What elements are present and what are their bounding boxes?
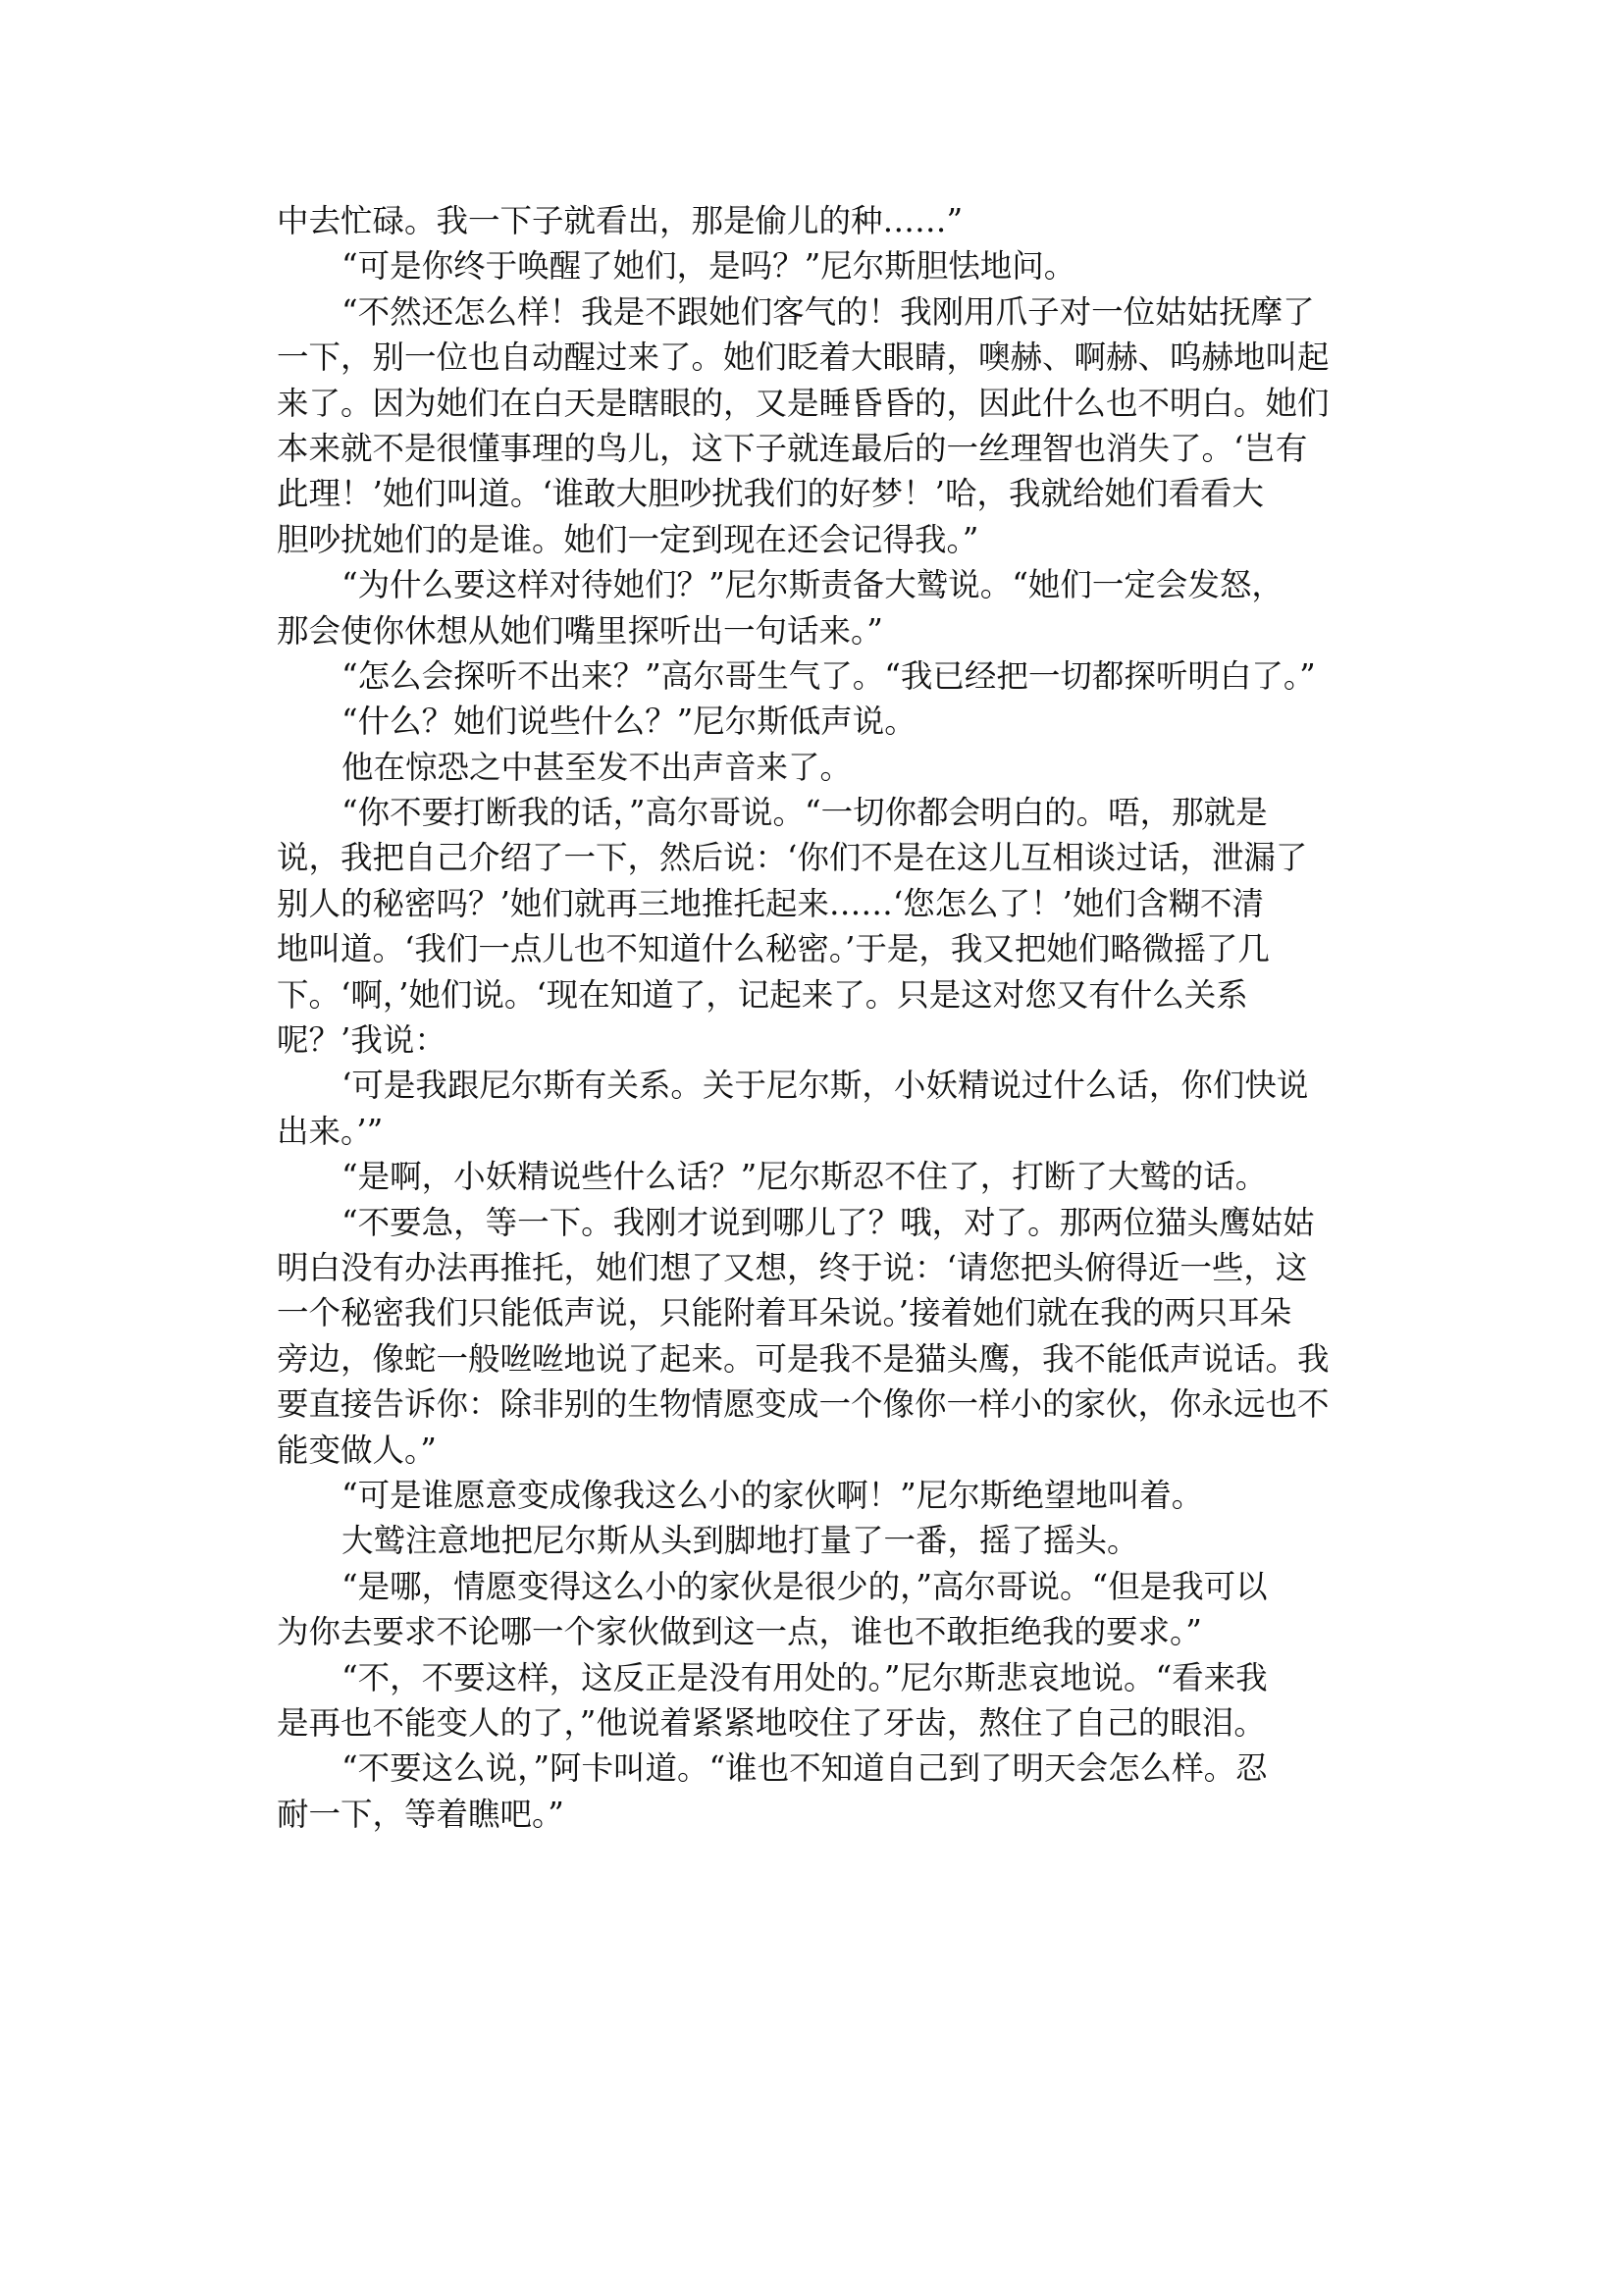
text-line: “什么？她们说些什么？”尼尔斯低声说。: [277, 699, 1356, 744]
text-line: 要直接告诉你：除非别的生物情愿变成一个像你一样小的家伙，你永远也不: [277, 1382, 1356, 1427]
text-line: 说，我把自己介绍了一下，然后说：‘你们不是在这儿互相谈过话，泄漏了: [277, 835, 1356, 880]
text-line: 是再也不能变人的了，”他说着紧紧地咬住了牙齿，熬住了自己的眼泪。: [277, 1700, 1356, 1746]
text-line: “可是谁愿意变成像我这么小的家伙啊！”尼尔斯绝望地叫着。: [277, 1473, 1356, 1518]
text-line: “不然还怎么样！我是不跟她们客气的！我刚用爪子对一位姑姑抚摩了: [277, 289, 1356, 335]
text-line: 中去忙碌。我一下子就看出，那是偷儿的种……”: [277, 198, 1356, 243]
text-line: 本来就不是很懂事理的鸟儿，这下子就连最后的一丝理智也消失了。‘岂有: [277, 426, 1356, 471]
text-line: “可是你终于唤醒了她们，是吗？”尼尔斯胆怯地问。: [277, 243, 1356, 288]
text-line: “是啊，小妖精说些什么话？”尼尔斯忍不住了，打断了大鹫的话。: [277, 1154, 1356, 1199]
text-line: 能变做人。”: [277, 1428, 1356, 1473]
text-line: “不要这么说，”阿卡叫道。“谁也不知道自己到了明天会怎么样。忍: [277, 1746, 1356, 1791]
text-line: 地叫道。‘我们一点儿也不知道什么秘密。’于是，我又把她们略微摇了几: [277, 926, 1356, 971]
text-line: 明白没有办法再推托，她们想了又想，终于说：‘请您把头俯得近一些，这: [277, 1245, 1356, 1290]
text-line: 别人的秘密吗？’她们就再三地推托起来……‘您怎么了！’她们含糊不清: [277, 881, 1356, 926]
text-line: 一个秘密我们只能低声说，只能附着耳朵说。’接着她们就在我的两只耳朵: [277, 1290, 1356, 1335]
text-line: 旁边，像蛇一般咝咝地说了起来。可是我不是猫头鹰，我不能低声说话。我: [277, 1336, 1356, 1382]
text-line: “为什么要这样对待她们？”尼尔斯责备大鹫说。“她们一定会发怒，: [277, 562, 1356, 607]
text-line: 一下，别一位也自动醒过来了。她们眨着大眼睛，噢赫、啊赫、呜赫地叫起: [277, 335, 1356, 380]
text-line: ‘可是我跟尼尔斯有关系。关于尼尔斯，小妖精说过什么话，你们快说: [277, 1063, 1356, 1108]
text-line: “你不要打断我的话，”高尔哥说。“一切你都会明白的。唔，那就是: [277, 790, 1356, 835]
text-line: “怎么会探听不出来？”高尔哥生气了。“我已经把一切都探听明白了。”: [277, 653, 1356, 699]
text-line: 他在惊恐之中甚至发不出声音来了。: [277, 745, 1356, 790]
text-line: 大鹫注意地把尼尔斯从头到脚地打量了一番，摇了摇头。: [277, 1518, 1356, 1563]
text-line: 为你去要求不论哪一个家伙做到这一点，谁也不敢拒绝我的要求。”: [277, 1609, 1356, 1654]
text-line: 下。‘啊，’她们说。‘现在知道了，记起来了。只是这对您又有什么关系: [277, 972, 1356, 1017]
text-line: 出来。’”: [277, 1109, 1356, 1154]
text-line: 呢？’我说：: [277, 1017, 1356, 1063]
text-line: 此理！’她们叫道。‘谁敢大胆吵扰我们的好梦！’哈，我就给她们看看大: [277, 471, 1356, 516]
text-line: “不，不要这样，这反正是没有用处的。”尼尔斯悲哀地说。“看来我: [277, 1655, 1356, 1700]
text-line: 胆吵扰她们的是谁。她们一定到现在还会记得我。”: [277, 517, 1356, 562]
text-line: “不要急，等一下。我刚才说到哪儿了？哦，对了。那两位猫头鹰姑姑: [277, 1200, 1356, 1245]
text-line: 那会使你休想从她们嘴里探听出一句话来。”: [277, 608, 1356, 653]
text-line: 耐一下，等着瞧吧。”: [277, 1792, 1356, 1837]
text-line: 来了。因为她们在白天是瞎眼的，又是睡昏昏的，因此什么也不明白。她们: [277, 381, 1356, 426]
text-line: “是哪，情愿变得这么小的家伙是很少的，”高尔哥说。“但是我可以: [277, 1564, 1356, 1609]
document-page: 中去忙碌。我一下子就看出，那是偷儿的种……” “可是你终于唤醒了她们，是吗？”尼…: [277, 198, 1356, 1837]
